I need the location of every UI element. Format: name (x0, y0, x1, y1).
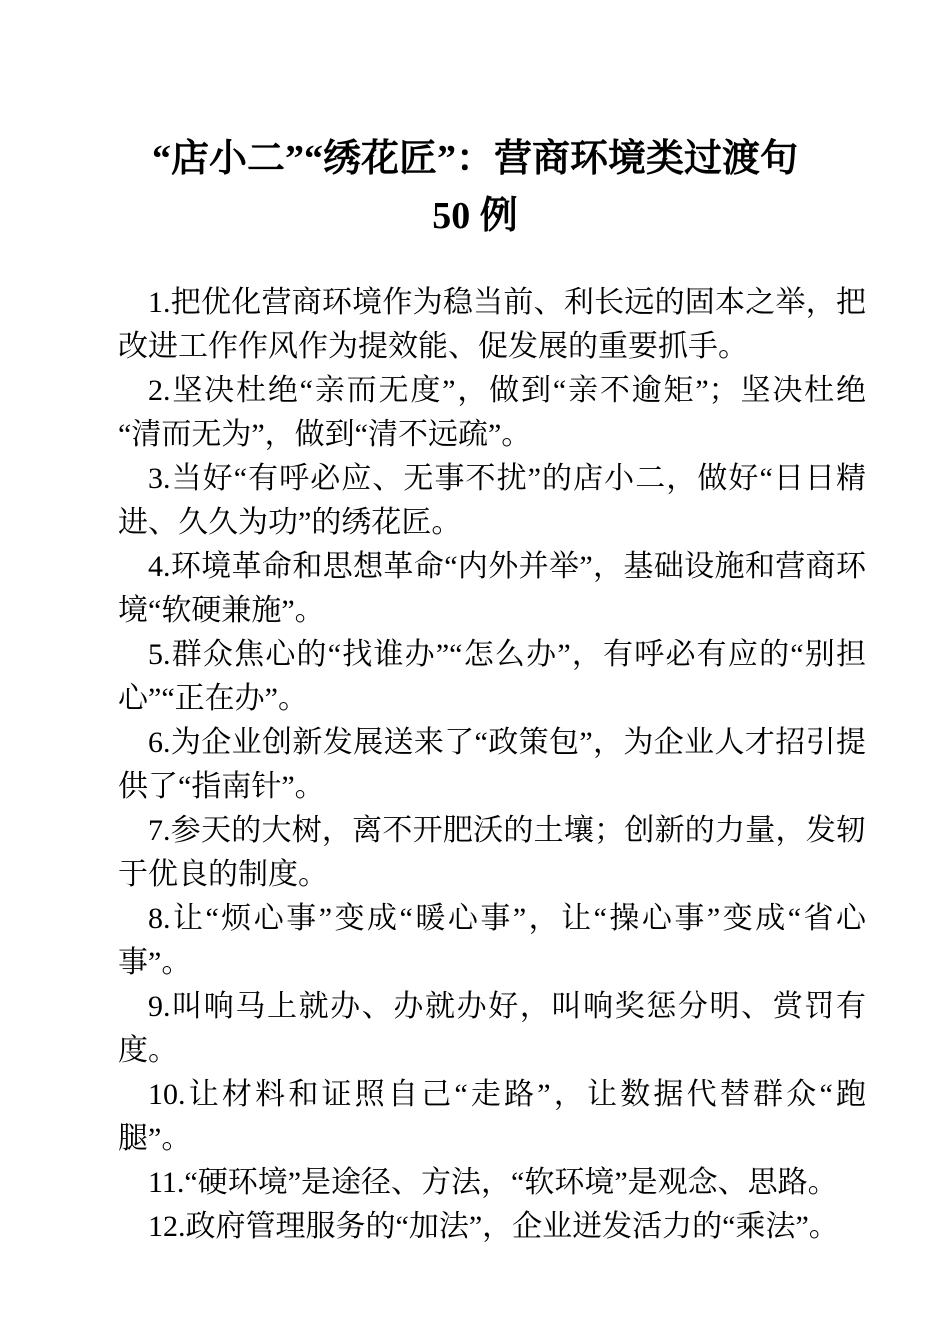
list-item: 7.参天的大树，离不开肥沃的土壤；创新的力量，发轫于优良的制度。 (118, 809, 866, 897)
list-item: 10.让材料和证照自己“走路”，让数据代替群众“跑腿”。 (118, 1073, 866, 1161)
document-page: “店小二”“绣花匠”：营商环境类过渡句 50 例 1.把优化营商环境作为稳当前、… (0, 0, 950, 1344)
document-body: 1.把优化营商环境作为稳当前、利长远的固本之举，把改进工作作风作为提效能、促发展… (0, 281, 950, 1249)
list-item: 12.政府管理服务的“加法”，企业迸发活力的“乘法”。 (118, 1205, 866, 1249)
list-item: 8.让“烦心事”变成“暖心事”，让“操心事”变成“省心事”。 (118, 897, 866, 985)
list-item: 11.“硬环境”是途径、方法，“软环境”是观念、思路。 (118, 1161, 866, 1205)
document-title: “店小二”“绣花匠”：营商环境类过渡句 50 例 (0, 0, 950, 245)
list-item: 5.群众焦心的“找谁办”“怎么办”，有呼必有应的“别担心”“正在办”。 (118, 633, 866, 721)
title-line-2: 50 例 (40, 188, 910, 245)
list-item: 1.把优化营商环境作为稳当前、利长远的固本之举，把改进工作作风作为提效能、促发展… (118, 281, 866, 369)
list-item: 2.坚决杜绝“亲而无度”，做到“亲不逾矩”；坚决杜绝“清而无为”，做到“清不远疏… (118, 369, 866, 457)
list-item: 9.叫响马上就办、办就办好，叫响奖惩分明、赏罚有度。 (118, 985, 866, 1073)
list-item: 4.环境革命和思想革命“内外并举”，基础设施和营商环境“软硬兼施”。 (118, 545, 866, 633)
title-line-1: “店小二”“绣花匠”：营商环境类过渡句 (40, 131, 910, 188)
list-item: 3.当好“有呼必应、无事不扰”的店小二，做好“日日精进、久久为功”的绣花匠。 (118, 457, 866, 545)
list-item: 6.为企业创新发展送来了“政策包”，为企业人才招引提供了“指南针”。 (118, 721, 866, 809)
